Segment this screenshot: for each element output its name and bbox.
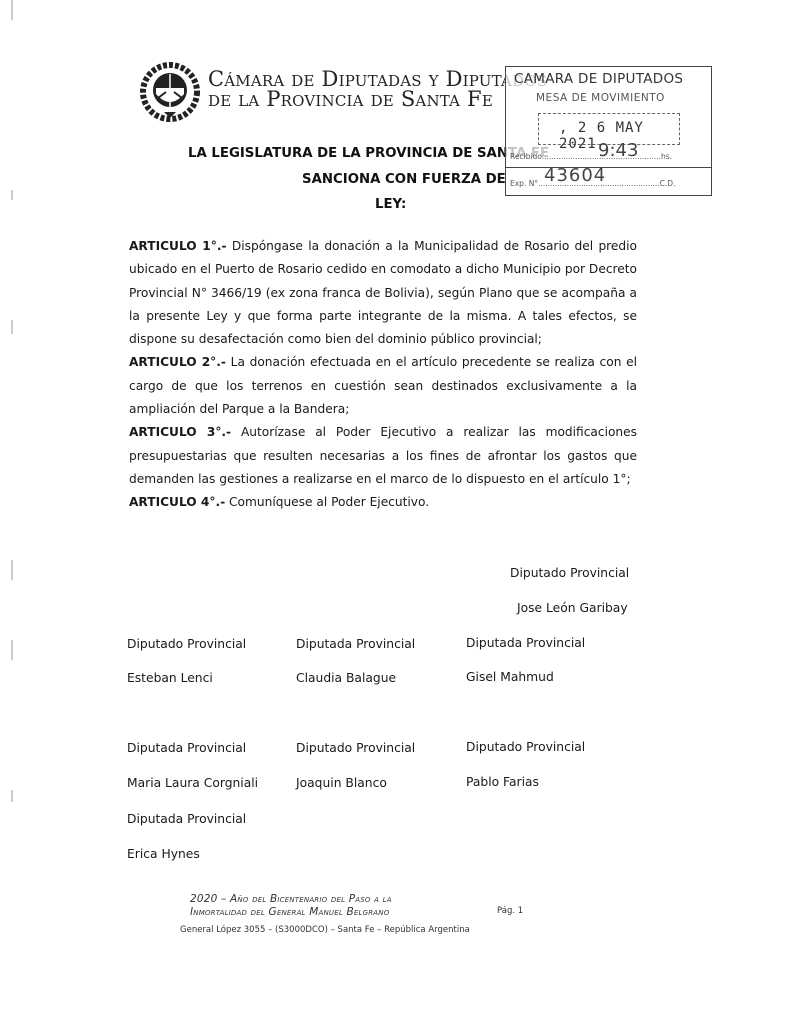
article-3: ARTICULO 3°.- Autorízase al Poder Ejecut… <box>129 421 637 491</box>
document-title-line2: SANCIONA CON FUERZA DE <box>302 172 506 187</box>
provincial-shield-emblem-icon <box>140 62 200 122</box>
signature-lead-role: Diputado Provincial <box>510 566 629 580</box>
scan-edge-mark <box>11 0 13 20</box>
signature-role: Diputado Provincial <box>127 637 246 651</box>
signature-role: Diputada Provincial <box>466 636 585 650</box>
footer-address: General López 3055 – (S3000DCO) – Santa … <box>180 925 470 935</box>
reception-stamp: CAMARA DE DIPUTADOS MESA DE MOVIMIENTO ,… <box>505 66 712 196</box>
signature-name: Gisel Mahmud <box>466 670 554 684</box>
scan-edge-mark <box>11 560 13 580</box>
signature-name: Pablo Farias <box>466 775 539 789</box>
scan-edge-mark <box>11 190 13 200</box>
signature-name: Erica Hynes <box>127 847 200 861</box>
page-number: Pág. 1 <box>497 906 523 916</box>
document-title-line3: LEY: <box>375 197 406 212</box>
signature-role: Diputada Provincial <box>127 812 246 826</box>
signature-role: Diputada Provincial <box>127 741 246 755</box>
document-title-line1: LA LEGISLATURA DE LA PROVINCIA DE SANTA … <box>188 146 549 161</box>
signature-name: Claudia Balague <box>296 671 396 685</box>
signature-role: Diputado Provincial <box>296 741 415 755</box>
stamp-chamber: CAMARA DE DIPUTADOS <box>514 71 683 87</box>
scan-edge-mark <box>11 320 13 334</box>
article-2: ARTICULO 2°.- La donación efectuada en e… <box>129 351 637 421</box>
signature-name: Joaquin Blanco <box>296 776 387 790</box>
articles-body: ARTICULO 1°.- Dispóngase la donación a l… <box>129 235 637 515</box>
institution-name-line2: de la Provincia de Santa Fe <box>208 88 493 110</box>
signature-role: Diputada Provincial <box>296 637 415 651</box>
article-1: ARTICULO 1°.- Dispóngase la donación a l… <box>129 235 637 351</box>
signature-role: Diputado Provincial <box>466 740 585 754</box>
signature-name: Maria Laura Corgniali <box>127 776 258 790</box>
scan-edge-mark <box>11 790 13 802</box>
stamp-received-time: 9:43 <box>598 140 638 161</box>
scan-edge-mark <box>11 640 13 660</box>
stamp-exp-number: 43604 <box>544 165 606 186</box>
footer-motto-line1: 2020 – Año del Bicentenario del Paso a l… <box>190 893 392 905</box>
signature-name: Esteban Lenci <box>127 671 213 685</box>
stamp-desk: MESA DE MOVIMIENTO <box>536 92 665 104</box>
stamp-divider <box>506 167 711 168</box>
article-4: ARTICULO 4°.- Comuníquese al Poder Ejecu… <box>129 491 637 514</box>
footer-motto-line2: Inmortalidad del General Manuel Belgrano <box>190 906 389 918</box>
signature-lead-name: Jose León Garibay <box>517 601 628 615</box>
